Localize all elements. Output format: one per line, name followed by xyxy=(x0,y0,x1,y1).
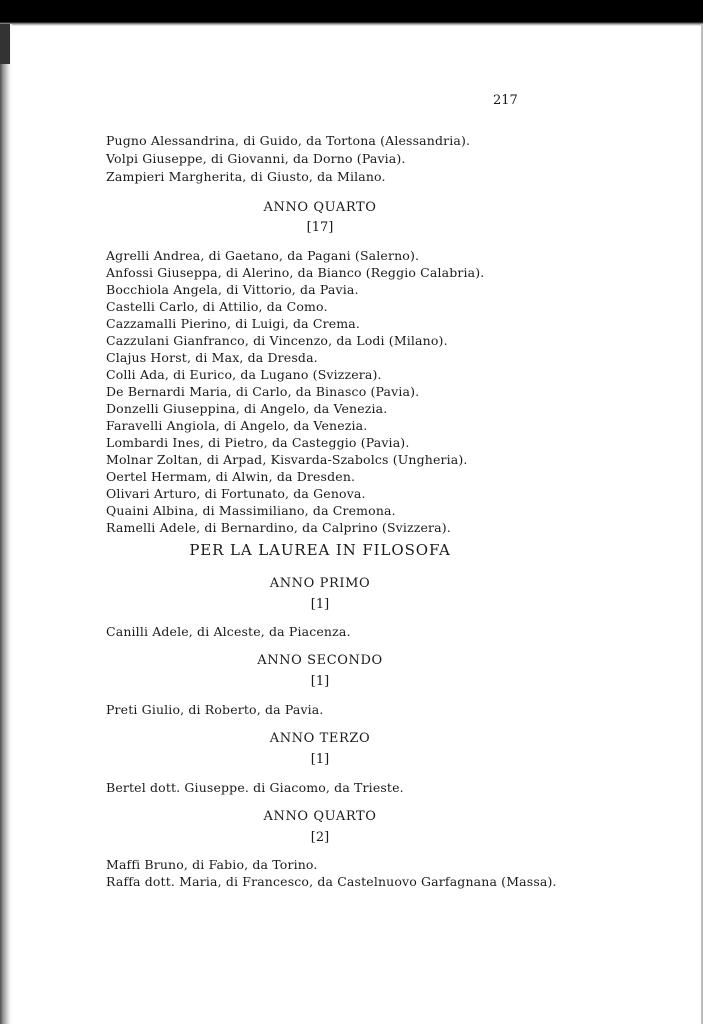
list-item: Faravelli Angiola, di Angelo, da Venezia… xyxy=(106,418,367,433)
list-item: Volpi Giuseppe, di Giovanni, da Dorno (P… xyxy=(106,151,406,166)
list-item: Raffa dott. Maria, di Francesco, da Cast… xyxy=(106,874,557,889)
section-title-filosofia: PER LA LAUREA IN FILOSOFA xyxy=(0,541,640,559)
list-item: Canilli Adele, di Alceste, da Piacenza. xyxy=(106,624,351,639)
list-item: Lombardi Ines, di Pietro, da Casteggio (… xyxy=(106,435,409,450)
student-count: [2] xyxy=(0,830,640,845)
list-item: Pugno Alessandrina, di Guido, da Tortona… xyxy=(106,133,470,148)
scan-top-border-edge xyxy=(0,22,703,26)
list-item: Olivari Arturo, di Fortunato, da Genova. xyxy=(106,486,366,501)
scan-top-border xyxy=(0,0,703,24)
list-item: Ramelli Adele, di Bernardino, da Calprin… xyxy=(106,520,451,535)
scan-left-border xyxy=(0,24,12,1024)
student-count: [1] xyxy=(0,674,640,689)
list-item: Maffi Bruno, di Fabio, da Torino. xyxy=(106,857,318,872)
section-heading-anno-primo: ANNO PRIMO xyxy=(0,576,640,591)
student-count: [1] xyxy=(0,752,640,767)
list-item: Agrelli Andrea, di Gaetano, da Pagani (S… xyxy=(106,248,419,263)
list-item: Zampieri Margherita, di Giusto, da Milan… xyxy=(106,169,386,184)
list-item: Bocchiola Angela, di Vittorio, da Pavia. xyxy=(106,282,359,297)
list-item: Castelli Carlo, di Attilio, da Como. xyxy=(106,299,328,314)
list-item: Donzelli Giuseppina, di Angelo, da Venez… xyxy=(106,401,387,416)
list-item: Clajus Horst, di Max, da Dresda. xyxy=(106,350,318,365)
page-number: 217 xyxy=(493,93,518,108)
section-heading-anno-terzo: ANNO TERZO xyxy=(0,731,640,746)
list-item: Quaini Albina, di Massimiliano, da Cremo… xyxy=(106,503,396,518)
list-item: Colli Ada, di Eurico, da Lugano (Svizzer… xyxy=(106,367,382,382)
list-item: Cazzamalli Pierino, di Luigi, da Crema. xyxy=(106,316,360,331)
section-heading-anno-quarto-filosofia: ANNO QUARTO xyxy=(0,809,640,824)
list-item: Anfossi Giuseppa, di Alerino, da Bianco … xyxy=(106,265,484,280)
student-count: [1] xyxy=(0,597,640,612)
list-item: Oertel Hermam, di Alwin, da Dresden. xyxy=(106,469,355,484)
list-item: De Bernardi Maria, di Carlo, da Binasco … xyxy=(106,384,419,399)
list-item: Bertel dott. Giuseppe. di Giacomo, da Tr… xyxy=(106,780,404,795)
section-heading-anno-secondo: ANNO SECONDO xyxy=(0,653,640,668)
student-count: [17] xyxy=(0,220,640,235)
list-item: Molnar Zoltan, di Arpad, Kisvarda-Szabol… xyxy=(106,452,468,467)
section-heading-anno-quarto: ANNO QUARTO xyxy=(0,200,640,215)
scan-left-border-dark xyxy=(0,24,10,64)
list-item: Cazzulani Gianfranco, di Vincenzo, da Lo… xyxy=(106,333,448,348)
list-item: Preti Giulio, di Roberto, da Pavia. xyxy=(106,702,324,717)
